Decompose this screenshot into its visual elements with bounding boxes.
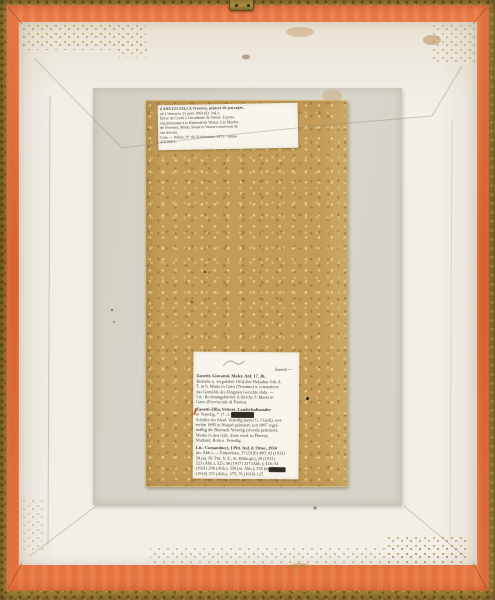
text-line: Gavo (Provinciale di Trento). — [196, 400, 296, 406]
brass-hanger-plate — [229, 0, 254, 11]
bottom-catalog-label: Zanetti — Zanetti, Giovanni, Maler, Anf.… — [193, 352, 300, 480]
top-catalog-label: ZANETTI-ZILLA (Venise), peintre de paysa… — [158, 103, 299, 150]
screw-hole — [247, 4, 250, 7]
pencil-squiggle — [193, 354, 299, 375]
speck — [204, 271, 206, 273]
dark-marker-highlight — [231, 412, 254, 418]
photo-frame-back: ZANETTI-ZILLA (Venise), peintre de paysa… — [0, 0, 495, 600]
entry-giovanni: Zanetti, Giovanni, Maler, Anf. 17. Jh.Be… — [196, 374, 296, 406]
speck — [306, 397, 309, 400]
screw-hole — [235, 4, 238, 7]
dark-marker-highlight — [269, 467, 286, 472]
text-line: Mailand, Rom u. Venedig. — [196, 438, 296, 444]
top-label-text: ZANETTI-ZILLA (Venise), peintre de paysa… — [160, 105, 293, 145]
